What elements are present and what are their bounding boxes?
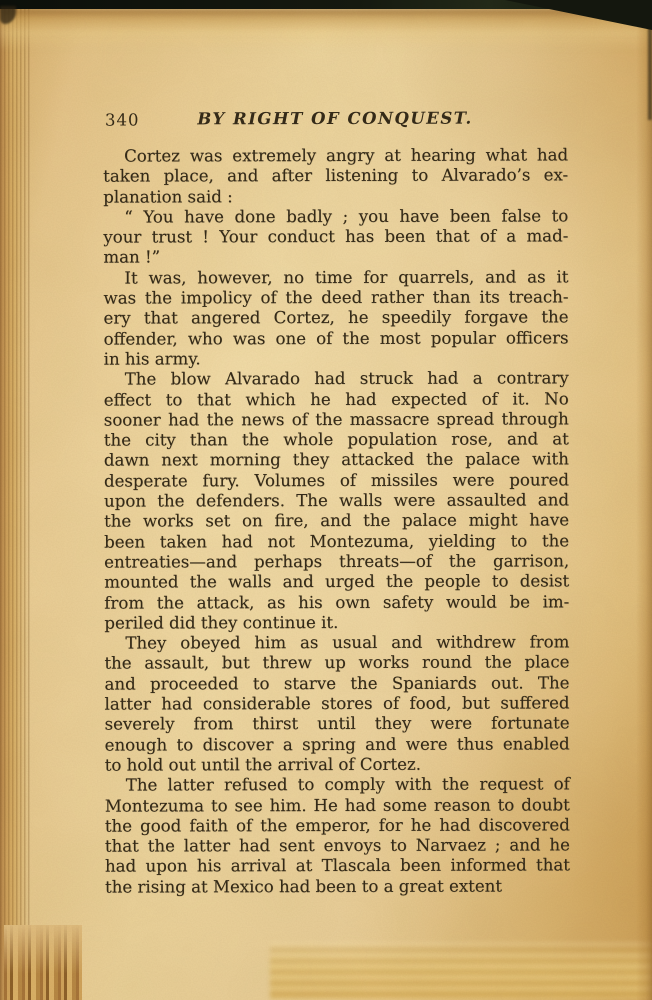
text-line: effect to that which he had expected of …	[104, 389, 569, 411]
paragraph: The latter refused to comply with the re…	[105, 775, 570, 898]
text-line: enough to discover a spring and were thu…	[105, 734, 570, 756]
text-line: latter had considerable stores of food, …	[105, 693, 570, 715]
paragraph: It was, however, no time for quarrels, a…	[103, 267, 568, 370]
text-line: Cortez was extremely angry at hearing wh…	[103, 145, 568, 167]
text-line: been taken had not Montezuma, yielding t…	[104, 531, 569, 553]
text-line: severely from thirst until they were for…	[105, 714, 570, 736]
text-line: Montezuma to see him. He had some reason…	[105, 795, 570, 817]
text-line: They obeyed him as usual and withdrew fr…	[104, 632, 569, 654]
text-line: The blow Alvarado had struck had a contr…	[104, 369, 569, 391]
text-line: to hold out until the arrival of Cortez.	[105, 754, 570, 776]
text-line: was the impolicy of the deed rather than…	[103, 287, 568, 309]
text-line: the works set on fire, and the palace mi…	[104, 511, 569, 533]
text-line: ery that angered Cortez, he speedily for…	[103, 308, 568, 330]
text-line: the rising at Mexico had been to a great…	[105, 876, 570, 898]
text-line: sooner had the news of the massacre spre…	[104, 409, 569, 431]
text-line: planation said :	[103, 186, 568, 208]
text-line: and proceeded to starve the Spaniards ou…	[104, 673, 569, 695]
text-line: man !”	[103, 247, 568, 269]
text-line: the assault, but threw up works round th…	[104, 653, 569, 675]
running-title: BY RIGHT OF CONQUEST.	[103, 108, 567, 128]
text-line: from the attack, as his own safety would…	[104, 592, 569, 614]
paragraph: The blow Alvarado had struck had a contr…	[104, 369, 570, 634]
text-line: in his army.	[104, 348, 569, 370]
text-line: entreaties—and perhaps threats—of the ga…	[104, 551, 569, 573]
text-line: taken place, and after listening to Alva…	[103, 166, 568, 188]
text-line: your trust ! Your conduct has been that …	[103, 227, 568, 249]
text-line: It was, however, no time for quarrels, a…	[103, 267, 568, 289]
text-line: “ You have done badly ; you have been fa…	[103, 206, 568, 228]
printed-page-content: 340 BY RIGHT OF CONQUEST. Cortez was ext…	[0, 0, 652, 1000]
paragraph: “ You have done badly ; you have been fa…	[103, 206, 568, 268]
text-line: had upon his arrival at Tlascala been in…	[105, 856, 570, 878]
text-block: Cortez was extremely angry at hearing wh…	[103, 145, 570, 897]
text-line: offender, who was one of the most popula…	[104, 328, 569, 350]
text-line: the good faith of the emperor, for he ha…	[105, 815, 570, 837]
text-line: the city than the whole population rose,…	[104, 430, 569, 452]
text-line: mounted the walls and urged the people t…	[104, 572, 569, 594]
text-line: dawn next morning they attacked the pala…	[104, 450, 569, 472]
text-line: upon the defenders. The walls were assau…	[104, 490, 569, 512]
text-line: periled did they continue it.	[104, 612, 569, 634]
paragraph: Cortez was extremely angry at hearing wh…	[103, 145, 568, 207]
text-line: The latter refused to comply with the re…	[105, 775, 570, 797]
text-line: that the latter had sent envoys to Narva…	[105, 835, 570, 857]
paragraph: They obeyed him as usual and withdrew fr…	[104, 632, 569, 775]
book-page-scan: 340 BY RIGHT OF CONQUEST. Cortez was ext…	[0, 0, 652, 1000]
text-line: desperate fury. Volumes of missiles were…	[104, 470, 569, 492]
